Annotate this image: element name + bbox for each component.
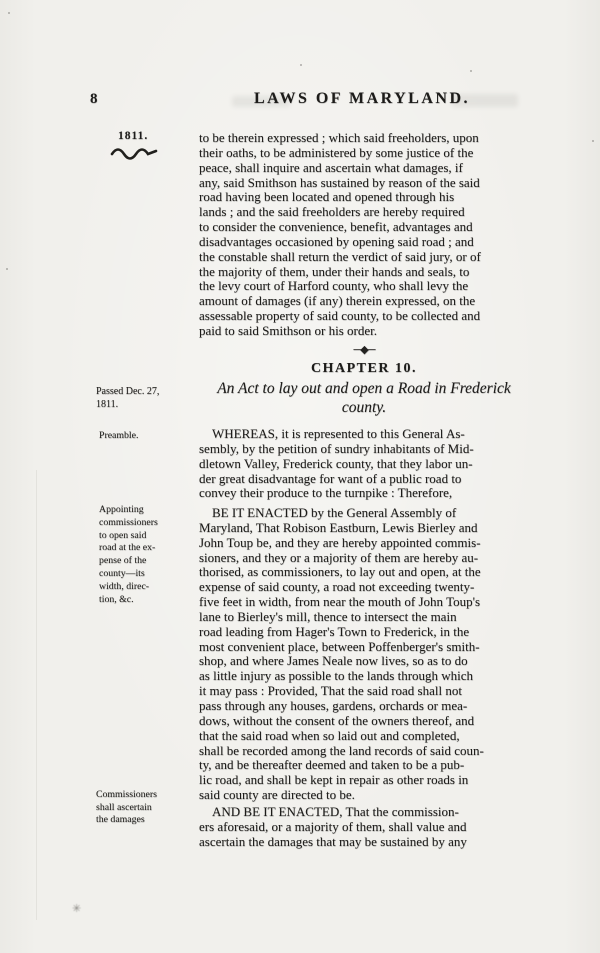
paragraph-whereas-preamble: WHEREAS, it is represented to this Gener… — [199, 427, 531, 501]
scan-speck — [470, 70, 472, 72]
printer-smudge: ✳ — [72, 902, 81, 915]
paragraph-continuation-smithson: to be therein expressed ; which said fre… — [199, 131, 531, 339]
page-crease — [36, 470, 37, 920]
margin-note-appointing-commissioners: Appointing commissioners to open said ro… — [99, 504, 203, 606]
page-title: LAWS OF MARYLAND. — [180, 90, 544, 108]
margin-note-preamble: Preamble. — [99, 430, 138, 443]
scan-speck — [8, 12, 10, 14]
chapter-divider-ornament-icon: ─◆─ — [199, 343, 529, 356]
paragraph-be-it-enacted: BE IT ENACTED by the General Assembly of… — [199, 506, 531, 803]
act-title: An Act to lay out and open a Road in Fre… — [166, 380, 562, 417]
scan-speck — [6, 268, 8, 270]
margin-note-year: 1811. — [118, 130, 148, 142]
scan-speck — [300, 64, 302, 66]
scanned-page: ✳ 8 LAWS OF MARYLAND. 1811. Passed Dec. … — [0, 0, 600, 953]
page-number: 8 — [90, 91, 98, 108]
scan-speck — [592, 140, 594, 142]
paragraph-and-be-it-enacted: AND BE IT ENACTED, That the commission- … — [199, 805, 531, 850]
flourish-squiggle-icon — [110, 147, 160, 161]
chapter-heading: CHAPTER 10. — [199, 361, 529, 377]
margin-note-commissioners-damages: Commissioners shall ascertain the damage… — [96, 789, 200, 827]
